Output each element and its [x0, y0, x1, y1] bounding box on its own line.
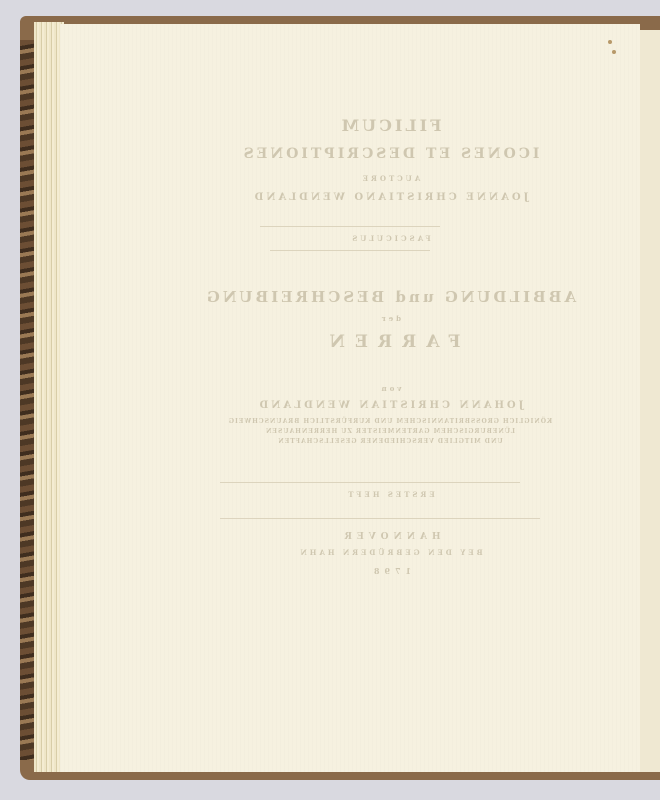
bleed-author-latin: JOANNE CHRISTIANO WENDLAND — [100, 192, 660, 203]
bleed-von: von — [100, 384, 660, 393]
bleed-der: der — [100, 314, 660, 323]
bleed-publisher: BEY DEN GEBRÜDERN HAHN — [100, 548, 660, 557]
divider — [270, 250, 430, 251]
bleed-author-german: JOHANN CHRISTIAN WENDLAND — [100, 400, 660, 411]
divider — [260, 226, 440, 227]
bleed-through-text: FILICUM ICONES ET DESCRIPTIONES AUCTORE … — [60, 24, 640, 772]
bleed-title: FILICUM — [100, 116, 660, 135]
bleed-credentials-1: KÖNIGLICH GROSSBRITANNISCHEM UND KURFÜRS… — [100, 418, 660, 425]
bleed-credentials-2: LÜNEBURGISCHEM GARTENMEISTER ZU HERRENHA… — [100, 428, 660, 435]
bleed-year: 1798 — [100, 566, 660, 576]
bleed-subtitle: ICONES ET DESCRIPTIONES — [100, 146, 660, 162]
divider — [220, 482, 520, 483]
bleed-credentials-3: UND MITGLIED VERSCHIEDENER GESELLSCHAFTE… — [100, 438, 660, 445]
bleed-heft: ERSTES HEFT — [100, 490, 660, 499]
bleed-german-title: ABBILDUNG und BESCHREIBUNG — [100, 288, 660, 306]
bleed-auctore: AUCTORE — [100, 174, 660, 183]
bleed-place: HANNOVER — [100, 532, 660, 542]
divider — [220, 518, 540, 519]
bleed-fasciculus: FASCICULUS — [100, 234, 660, 243]
bleed-farren: FARREN — [100, 332, 660, 352]
